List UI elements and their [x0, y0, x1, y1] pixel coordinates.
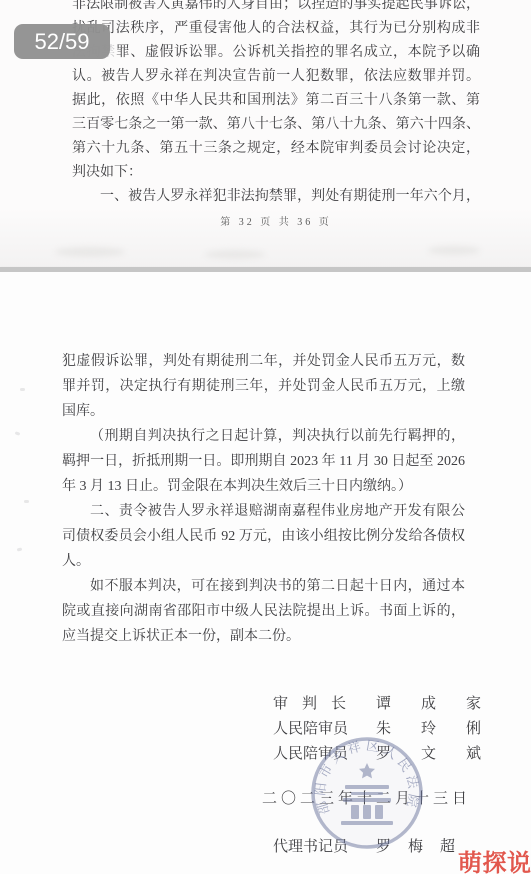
text-span: 罪、虚假诉讼罪。公诉机关指控的罪名成立，本院予以确 [116, 45, 480, 60]
page-number-footer: 第 32 页 共 36 页 [72, 213, 480, 228]
text-line: 据此，依照《中华人民共和国刑法》第二百三十八条第一款、第 [72, 89, 480, 113]
text-line: 应当提交上诉状正本一份，副本二份。 [62, 624, 465, 649]
judge-role: 审判长 [273, 696, 376, 712]
text-line: 扰乱司法秩序，严重侵害他人的合法权益，其行为已分别构成非 [72, 17, 480, 41]
judge-row: 审判长 谭成家 [273, 696, 511, 712]
page-top-text: 非法限制被害人黄嘉伟的人身自由；以捏造的事实提起民事诉讼， 扰乱司法秩序，严重侵… [72, 0, 480, 209]
document-viewer: 非法限制被害人黄嘉伟的人身自由；以捏造的事实提起民事诉讼， 扰乱司法秩序，严重侵… [0, 0, 531, 874]
scan-smudge [428, 246, 480, 255]
court-seal: 邵阳市大祥区人民法院 [309, 735, 425, 851]
text-line: 如不服本判决，可在接到判决书的第二日起十日内，通过本 [62, 574, 465, 599]
text-line: 犯虚假诉讼罪，判处有期徒刑二年，并处罚金人民币五万元，数 [62, 349, 465, 374]
text-line: 第六十九条、第五十三条之规定，经本院审判委员会讨论决定， [72, 137, 480, 161]
scan-smudge [55, 247, 125, 257]
text-line: 司债权委员会小组人民币 92 万元，由该小组按比例分发给各债权 [62, 524, 465, 549]
text-line: 判决如下： [72, 161, 480, 185]
text-line: 羁押一日，折抵刑期一日。即刑期自 2023 年 11 月 30 日起至 2026 [62, 449, 465, 474]
watermark-logo: 萌探说 [458, 843, 531, 874]
text-line: 年 3 月 13 日止。罚金限在本判决生效后三十日内缴纳。） [62, 474, 465, 499]
text-line: 国库。 [62, 399, 465, 424]
scan-artifact [20, 388, 25, 391]
page-bottom-text: 犯虚假诉讼罪，判处有期徒刑二年，并处罚金人民币五万元，数 罪并罚，决定执行有期徒… [62, 349, 465, 649]
scan-artifact [24, 500, 29, 503]
text-line: 院或直接向湖南省邵阳市中级人民法院提出上诉。书面上诉的， [62, 599, 465, 624]
text-line: 人。 [62, 549, 465, 574]
judge-name: 谭成家 [376, 696, 511, 712]
text-line: 二、责令被告人罗永祥退赔湖南嘉程伟业房地产开发有限公 [62, 499, 465, 524]
text-line: 非法限制被害人黄嘉伟的人身自由；以捏造的事实提起民事诉讼， [72, 0, 480, 17]
text-line: 认。被告人罗永祥在判决宣告前一人犯数罪，依法应数罪并罚。 [72, 65, 480, 89]
scan-smudge [205, 250, 265, 259]
text-line: 三百零七条之一第一款、第八十七条、第八十九条、第六十四条、 [72, 113, 480, 137]
text-line: 法拘禁罪、虚假诉讼罪。公诉机关指控的罪名成立，本院予以确 [72, 41, 480, 65]
text-line: 罪并罚，决定执行有期徒刑三年，并处罚金人民币五万元，上缴 [62, 374, 465, 399]
page-counter-badge: 52/59 [14, 24, 110, 59]
text-line: （刑期自判决执行之日起计算，判决执行以前先行羁押的， [62, 424, 465, 449]
text-line: 一、被告人罗永祥犯非法拘禁罪，判处有期徒刑一年六个月， [72, 185, 480, 209]
